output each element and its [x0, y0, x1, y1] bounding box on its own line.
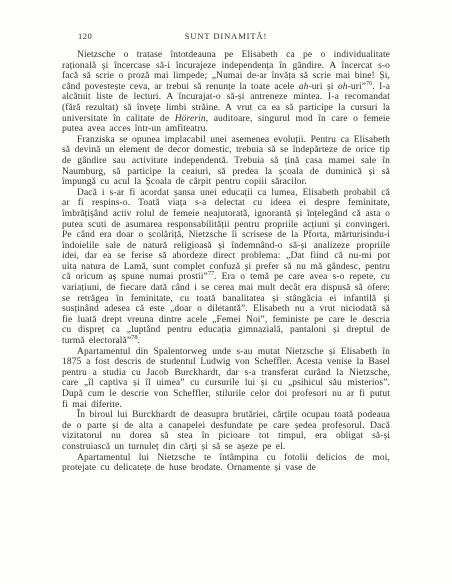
- paragraph-2: Franziska se opunea implacabil unei asem…: [62, 135, 390, 188]
- paragraph-1: Nietzsche o tratase întotdeauna pe Elisa…: [62, 50, 390, 135]
- paragraph-5: În biroul lui Burckhardt de deasupra bru…: [62, 410, 390, 452]
- paragraph-4: Apartamentul din Spalentorweg unde s-au …: [62, 347, 390, 411]
- running-head: 120 SUNT DINAMITĂ!: [62, 31, 390, 43]
- page-body: Nietzsche o tratase întotdeauna pe Elisa…: [62, 50, 390, 474]
- book-page: 120 SUNT DINAMITĂ! Nietzsche o tratase î…: [0, 0, 452, 584]
- running-title: SUNT DINAMITĂ!: [62, 31, 390, 41]
- paragraph-3: Dacă i s-ar fi acordat șansa unei educaț…: [62, 188, 390, 347]
- page-number: 120: [78, 31, 92, 41]
- paragraph-6: Apartamentul lui Nietzsche te întâmpina …: [62, 453, 390, 474]
